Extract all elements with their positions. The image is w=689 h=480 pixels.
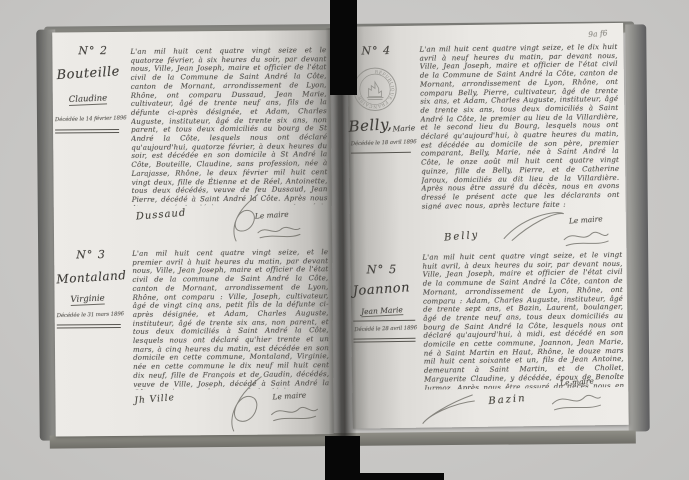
act-3-body-text: L'an mil huit cent quatre vingt seize, e… bbox=[132, 248, 329, 390]
declarant-signature: Bazin bbox=[488, 393, 527, 407]
margin-rule bbox=[353, 338, 415, 343]
act-margin-date-note: Décédé le 28 avril 1896 bbox=[354, 325, 417, 333]
act-number: N° 2 bbox=[78, 44, 108, 57]
scanned-register-image: N° 2 Bouteille Claudine Décédée le 14 fé… bbox=[0, 0, 689, 480]
death-act-5: N° 5 Joannon Jean Marie Décédé le 28 avr… bbox=[350, 251, 628, 431]
act-margin-date-note: Décédée le 31 mars 1896 bbox=[57, 311, 124, 319]
act-margin-date-note: Décédée le 18 avril 1896 bbox=[351, 139, 417, 147]
stamp-text: RÉPUBLIQUE FRANÇAISE bbox=[356, 69, 395, 110]
mayor-signature-label: Le maire bbox=[272, 390, 306, 401]
act-5-body-text: L'an mil huit cent quatre vingt seize, e… bbox=[422, 251, 624, 390]
declarant-signature: Jh Ville bbox=[134, 393, 175, 406]
act-firstname: Claudine bbox=[69, 93, 108, 106]
act-surname: Bouteille bbox=[56, 64, 120, 83]
svg-text:RÉPUBLIQUE FRANÇAISE: RÉPUBLIQUE FRANÇAISE bbox=[356, 69, 395, 110]
death-act-2: N° 2 Bouteille Claudine Décédée le 14 fé… bbox=[52, 40, 332, 244]
mayor-scrawl-icon bbox=[548, 389, 602, 414]
margin-rule bbox=[57, 324, 121, 329]
act-surname: Joannon bbox=[352, 280, 410, 299]
act-firstname: Virginie bbox=[70, 293, 105, 305]
spine-gap-bottom bbox=[325, 436, 360, 480]
mayor-scrawl-icon bbox=[269, 402, 319, 422]
book-right-cover-edge bbox=[625, 24, 650, 431]
act-number: N° 3 bbox=[76, 248, 106, 261]
act-number: N° 4 bbox=[361, 44, 391, 57]
declarant-signature: Dussaud bbox=[135, 208, 186, 223]
act-2-body-text: L'an mil huit cent quatre vingt seize et… bbox=[130, 46, 327, 206]
act-firstname: Jean Marie bbox=[361, 305, 403, 317]
death-act-3: N° 3 Montaland Virginie Décédée le 31 ma… bbox=[54, 242, 334, 436]
republique-francaise-stamp: RÉPUBLIQUE FRANÇAISE bbox=[352, 66, 399, 113]
act-4-body-text: L'an mil huit cent quatre vingt seize, e… bbox=[419, 43, 619, 210]
mayor-signature-label: Le maire bbox=[569, 214, 603, 225]
spine-gap-top bbox=[330, 0, 357, 95]
act-5-margin: N° 5 Joannon Jean Marie Décédé le 28 avr… bbox=[350, 254, 422, 255]
signature-flourish-icon bbox=[418, 389, 477, 428]
scan-edge-strip bbox=[359, 473, 444, 480]
margin-rule bbox=[351, 152, 411, 154]
act-number: N° 5 bbox=[366, 262, 397, 276]
declarant-signature: Belly bbox=[444, 230, 480, 244]
right-page: 9a f6 N° 4 RÉPUBLIQUE FRANÇAISE bbox=[347, 23, 629, 429]
mayor-scrawl-icon bbox=[256, 222, 304, 240]
stamp-emblem-icon bbox=[367, 82, 384, 100]
act-margin-date-note: Décédée le 14 février 1896 bbox=[55, 115, 127, 123]
margin-rule bbox=[55, 129, 119, 134]
margin-rule bbox=[353, 320, 415, 322]
death-act-4: N° 4 RÉPUBLIQUE FRANÇAISE Belly, bbox=[347, 37, 626, 255]
act-3-margin: N° 3 Montaland Virginie Décédée le 31 ma… bbox=[54, 244, 126, 245]
act-firstname: Marie bbox=[392, 123, 415, 133]
act-2-margin: N° 2 Bouteille Claudine Décédée le 14 fé… bbox=[52, 42, 124, 43]
left-page: N° 2 Bouteille Claudine Décédée le 14 fé… bbox=[52, 30, 334, 436]
mayor-scrawl-icon bbox=[560, 227, 610, 250]
act-surname: Belly, bbox=[348, 115, 393, 136]
act-surname: Montaland bbox=[56, 268, 127, 286]
mayor-signature-label: Le maire bbox=[255, 210, 289, 221]
act-4-margin: N° 4 RÉPUBLIQUE FRANÇAISE Belly, bbox=[347, 40, 419, 41]
